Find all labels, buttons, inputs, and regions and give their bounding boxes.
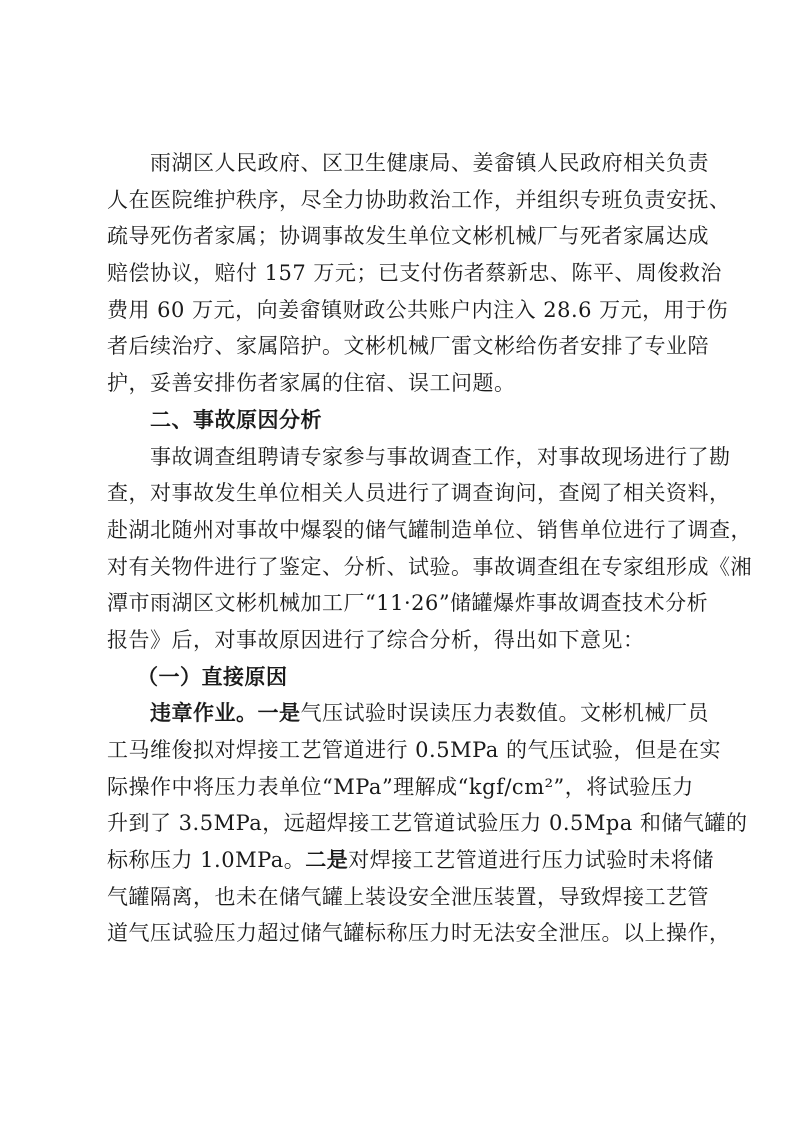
text-line: 费用 60 万元，向姜畲镇财政公共账户内注入 28.6 万元，用于伤 — [107, 292, 692, 329]
bold-lead-text: 违章作业。一是 — [150, 700, 301, 725]
text-line: 际操作中将压力表单位“MPa”理解成“kgf/cm²”，将试验压力 — [107, 769, 692, 806]
paragraph-investigation: 事故调查组聘请专家参与事故调查工作，对事故现场进行了勘 查，对事故发生单位相关人… — [107, 439, 692, 659]
text-line: 违章作业。一是气压试验时误读压力表数值。文彬机械厂员 — [107, 695, 692, 732]
text-line: 报告》后，对事故原因进行了综合分析，得出如下意见： — [107, 622, 692, 659]
document-page: 雨湖区人民政府、区卫生健康局、姜畲镇人民政府相关负责 人在医院维护秩序，尽全力协… — [107, 145, 692, 952]
text-line: 道气压试验压力超过储气罐标称压力时无法安全泄压。以上操作， — [107, 915, 692, 952]
text-line: 对有关物件进行了鉴定、分析、试验。事故调查组在专家组形成《湘 — [107, 549, 692, 586]
text-line: 气罐隔离，也未在储气罐上装设安全泄压装置，导致焊接工艺管 — [107, 879, 692, 916]
text-line: 者后续治疗、家属陪护。文彬机械厂雷文彬给伤者安排了专业陪 — [107, 328, 692, 365]
text-line: 标称压力 1.0MPa。二是对焊接工艺管道进行压力试验时未将储 — [107, 842, 692, 879]
text-line: 雨湖区人民政府、区卫生健康局、姜畲镇人民政府相关负责 — [107, 145, 692, 182]
text-line: 赔偿协议，赔付 157 万元；已支付伤者蔡新忠、陈平、周俊救治 — [107, 255, 692, 292]
section-heading-cause-analysis: 二、事故原因分析 — [107, 402, 692, 439]
text-line: 护，妥善安排伤者家属的住宿、误工问题。 — [107, 365, 692, 402]
text-line: 疏导死伤者家属；协调事故发生单位文彬机械厂与死者家属达成 — [107, 218, 692, 255]
inline-text: 标称压力 1.0MPa。 — [107, 848, 305, 872]
subsection-heading-direct-cause: （一）直接原因 — [107, 659, 692, 696]
text-line: 查，对事故发生单位相关人员进行了调查询问，查阅了相关资料， — [107, 475, 692, 512]
text-line: 事故调查组聘请专家参与事故调查工作，对事故现场进行了勘 — [107, 439, 692, 476]
text-line: 赴湖北随州对事故中爆裂的储气罐制造单位、销售单位进行了调查， — [107, 512, 692, 549]
paragraph-aftermath: 雨湖区人民政府、区卫生健康局、姜畲镇人民政府相关负责 人在医院维护秩序，尽全力协… — [107, 145, 692, 402]
text-line: 潭市雨湖区文彬机械加工厂“11·26”储罐爆炸事故调查技术分析 — [107, 585, 692, 622]
text-line: 工马维俊拟对焊接工艺管道进行 0.5MPa 的气压试验，但是在实 — [107, 732, 692, 769]
paragraph-violation: 违章作业。一是气压试验时误读压力表数值。文彬机械厂员 工马维俊拟对焊接工艺管道进… — [107, 695, 692, 952]
bold-lead-text: 二是 — [305, 847, 348, 872]
text-line: 升到了 3.5MPa，远超焊接工艺管道试验压力 0.5Mpa 和储气罐的 — [107, 805, 692, 842]
text-line: 人在医院维护秩序，尽全力协助救治工作，并组织专班负责安抚、 — [107, 182, 692, 219]
inline-text: 气压试验时误读压力表数值。文彬机械厂员 — [301, 701, 710, 725]
inline-text: 对焊接工艺管道进行压力试验时未将储 — [348, 848, 714, 872]
